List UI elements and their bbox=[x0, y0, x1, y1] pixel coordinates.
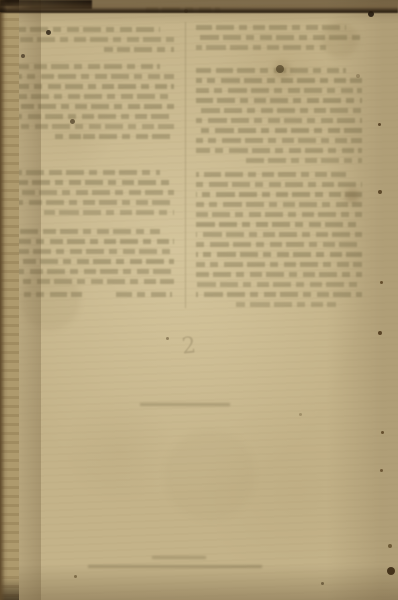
foxing-speck bbox=[46, 30, 51, 35]
foxing-speck bbox=[276, 65, 284, 73]
foxing-speck bbox=[74, 575, 77, 578]
foxing-speck bbox=[378, 123, 381, 126]
foxing-speck bbox=[380, 281, 383, 284]
foxing-speck bbox=[70, 119, 75, 124]
bottom-edge-shadow bbox=[0, 0, 398, 13]
left-edge-shadow bbox=[0, 0, 8, 600]
foxing-speck bbox=[381, 431, 384, 434]
foxing-speck bbox=[321, 582, 324, 585]
foxing-speck bbox=[387, 567, 395, 575]
foxing-speck bbox=[378, 190, 382, 194]
handwritten-numeral: 2 bbox=[181, 335, 197, 358]
stain bbox=[322, 22, 358, 58]
stain bbox=[165, 430, 255, 520]
foxing-speck bbox=[166, 337, 169, 340]
foxing-speck bbox=[380, 469, 383, 472]
foxing-speck bbox=[356, 74, 360, 78]
stains-and-specks-layer: 2 bbox=[0, 0, 398, 600]
foxing-speck bbox=[388, 544, 392, 548]
stain bbox=[345, 189, 359, 203]
foxing-speck bbox=[378, 331, 382, 335]
foxing-speck bbox=[299, 413, 302, 416]
book-page-scan: 2 bbox=[0, 0, 398, 600]
